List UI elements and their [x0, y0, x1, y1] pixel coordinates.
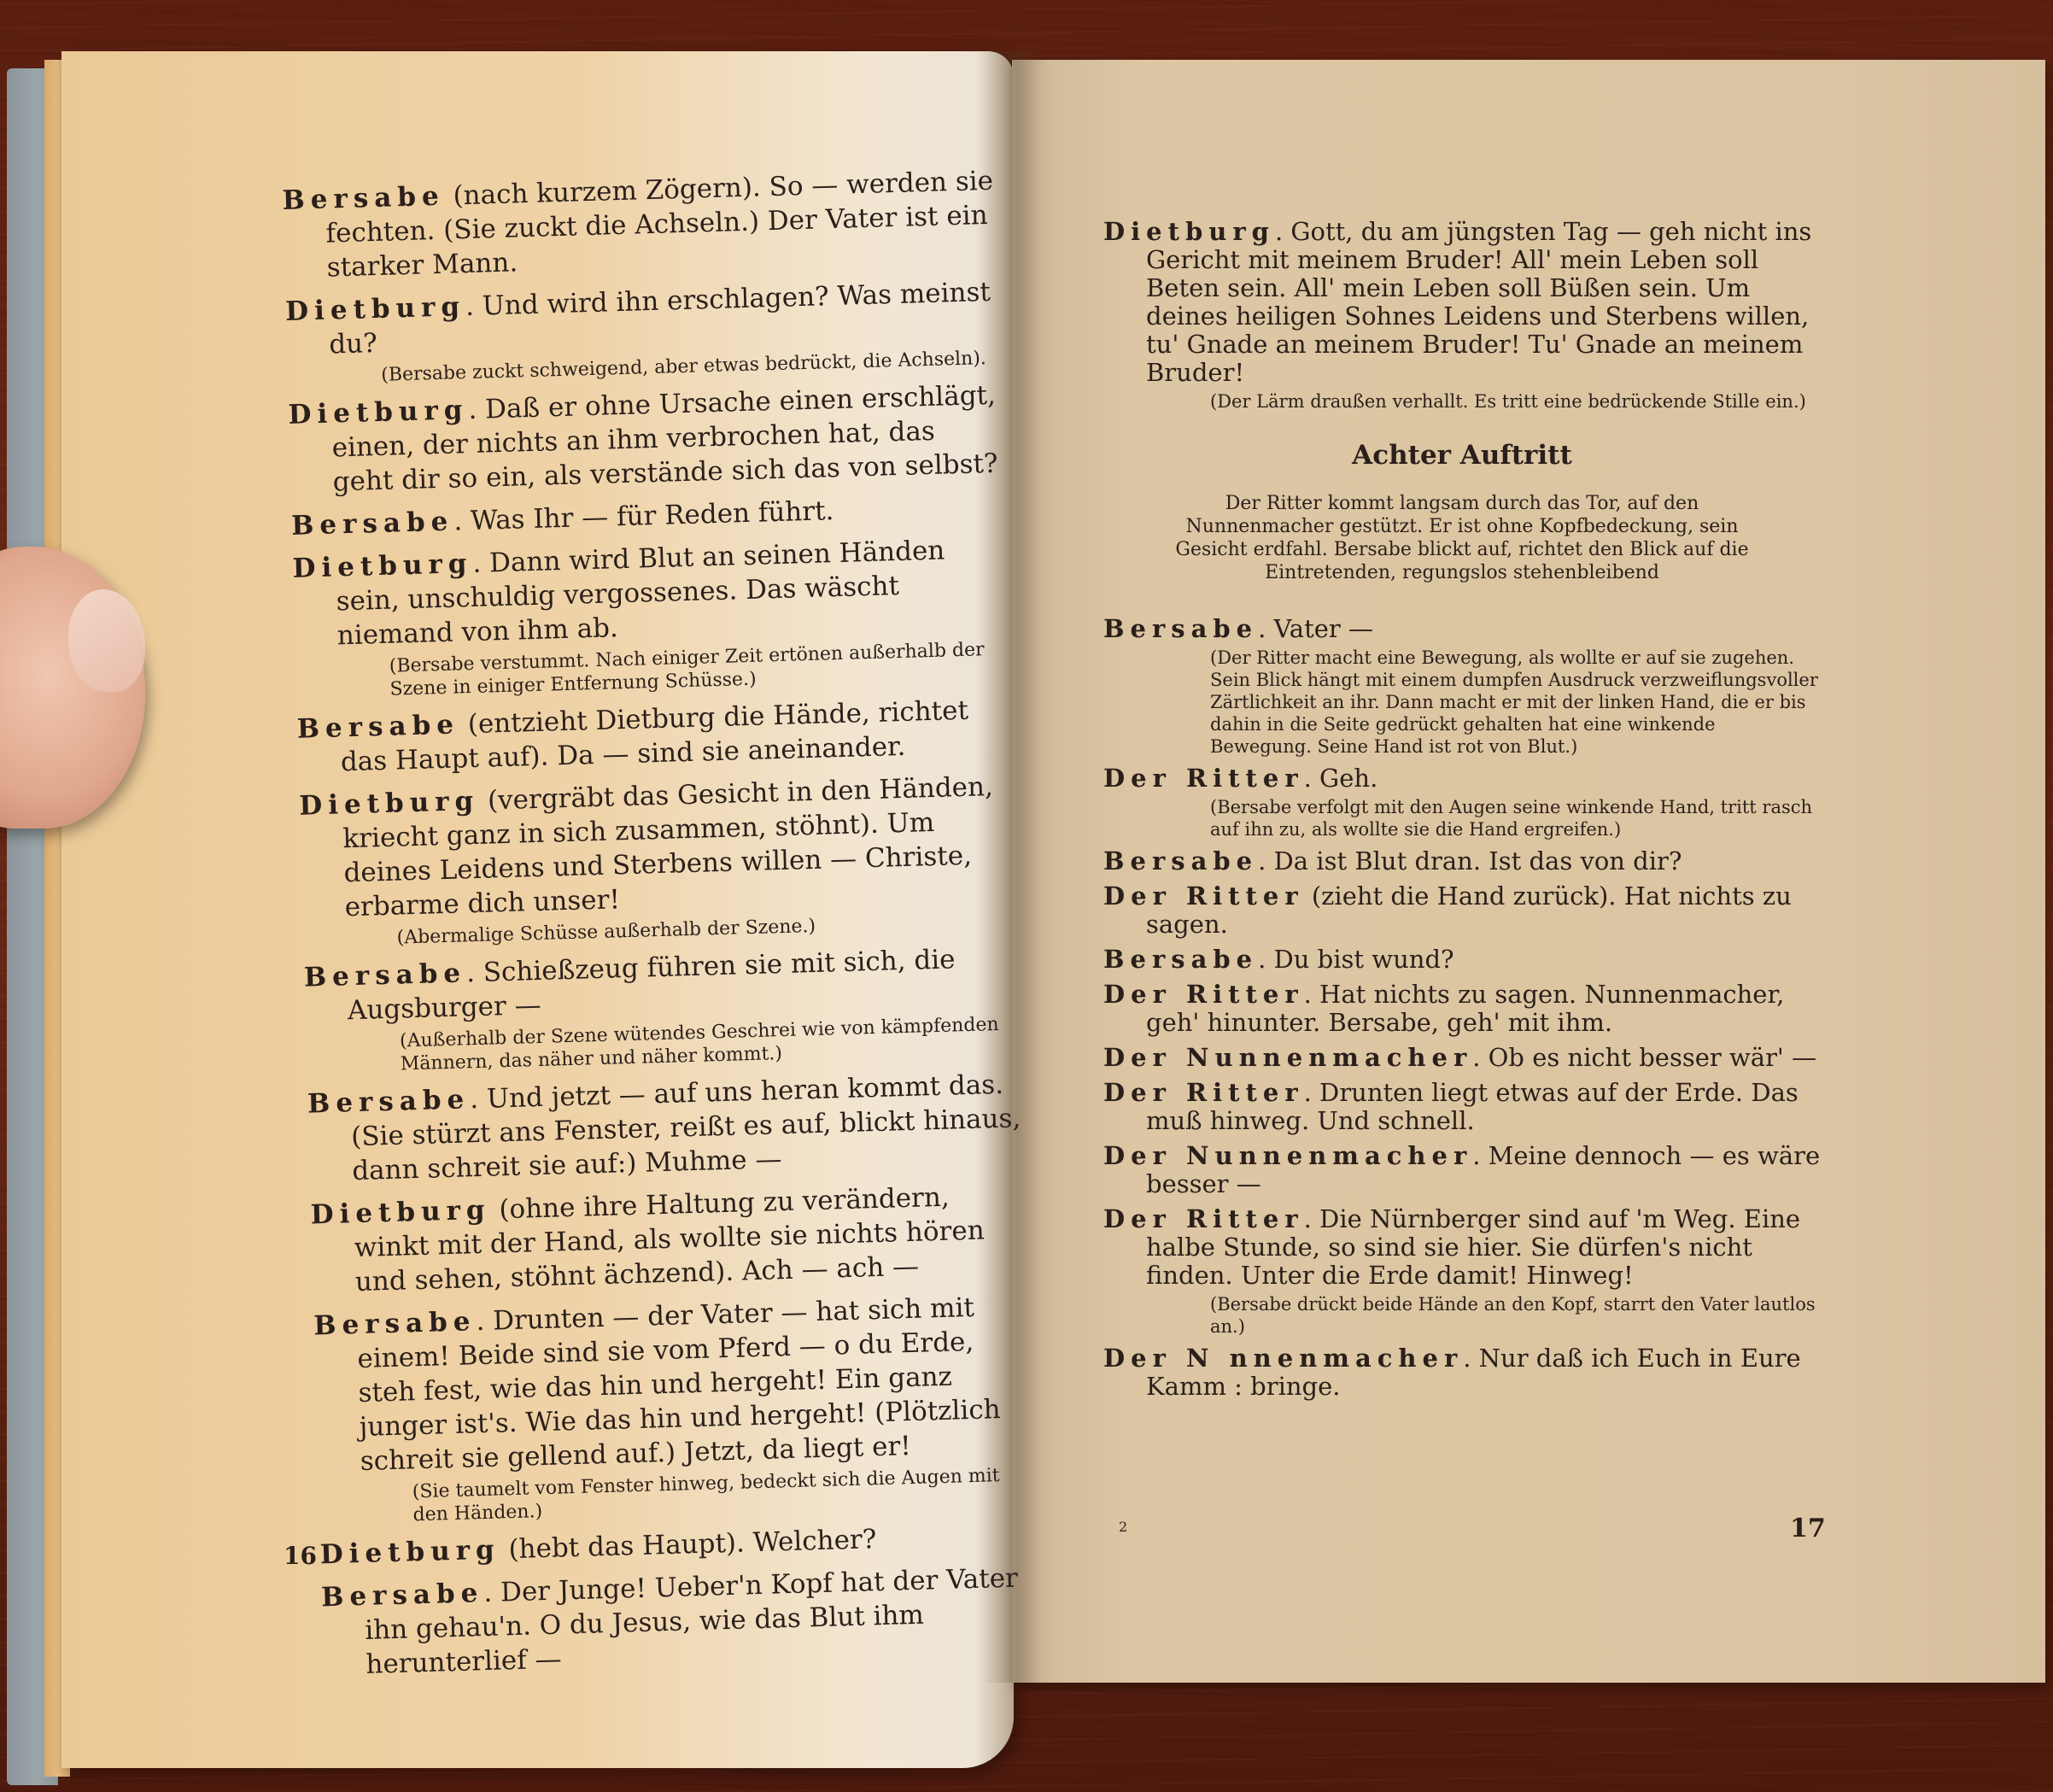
- speech-text: . Du bist wund?: [1258, 945, 1453, 974]
- speech-block: Bersabe (entzieht Dietburg die Hände, ri…: [296, 692, 1011, 780]
- speech-text: . Vater —: [1258, 614, 1373, 643]
- speech-block: Bersabe. Drunten — der Vater — hat sich …: [313, 1289, 1032, 1529]
- speech-text: . Was Ihr — für Reden führt.: [453, 495, 834, 536]
- stage-direction: (Der Ritter macht eine Bewegung, als wol…: [1146, 647, 1821, 758]
- speaker-name: Bersabe: [291, 507, 454, 542]
- speech-block: Der Ritter. Geh.(Bersabe verfolgt mit de…: [1103, 764, 1821, 840]
- right-page-text: Dietburg. Gott, du am jüngsten Tag — geh…: [1103, 218, 1821, 1408]
- speech-block: Dietburg. Gott, du am jüngsten Tag — geh…: [1103, 218, 1821, 413]
- signature-mark: 2: [1119, 1519, 1127, 1535]
- speech-block: Der N nnenmacher. Nur daß ich Euch in Eu…: [1103, 1344, 1821, 1401]
- speech-block: Der Ritter. Die Nürnberger sind auf 'm W…: [1103, 1205, 1821, 1338]
- speech-block: Der Ritter (zieht die Hand zurück). Hat …: [1103, 882, 1821, 939]
- speaker-name: Dietburg: [292, 548, 473, 584]
- speaker-name: Der N nnenmacher: [1103, 1344, 1463, 1373]
- speech-block: Bersabe. Du bist wund?: [1103, 946, 1821, 974]
- left-page-text: Bersabe (nach kurzem Zögern). So — werde…: [282, 164, 1037, 1692]
- speaker-name: Dietburg: [288, 395, 469, 430]
- speech-text: . Geh.: [1304, 764, 1378, 793]
- speech-block: Der Ritter. Hat nichts zu sagen. Nunnenm…: [1103, 981, 1821, 1037]
- speaker-name: Bersabe: [282, 181, 445, 216]
- speaker-name: Dietburg: [1103, 217, 1275, 246]
- speaker-name: Der Ritter: [1103, 980, 1304, 1009]
- speech-text: . Da ist Blut dran. Ist das von dir?: [1258, 846, 1682, 876]
- speaker-name: Bersabe: [1103, 846, 1258, 876]
- speech-block: Bersabe. Und jetzt — auf uns heran kommt…: [307, 1067, 1023, 1189]
- scene-description: Der Ritter kommt langsam durch das Tor, …: [1155, 492, 1769, 584]
- speaker-name: Bersabe: [307, 1084, 471, 1119]
- speech-text: . Ob es nicht besser wär' —: [1472, 1043, 1816, 1072]
- speech-text: (hebt das Haupt). Welcher?: [500, 1524, 877, 1565]
- stage-direction: (Bersabe verfolgt mit den Augen seine wi…: [1146, 796, 1821, 840]
- speech-block: Bersabe. Vater —(Der Ritter macht eine B…: [1103, 615, 1821, 758]
- speaker-name: Der Nunnenmacher: [1103, 1141, 1472, 1170]
- speech-block: Dietburg. Daß er ohne Ursache einen ersc…: [288, 378, 1003, 501]
- speech-block: Dietburg. Dann wird Blut an seinen Hände…: [292, 532, 1009, 704]
- speaker-name: Bersabe: [1103, 945, 1258, 974]
- scene-heading: Achter Auftritt: [1103, 442, 1821, 470]
- speaker-name: Dietburg: [299, 786, 480, 822]
- speaker-name: Bersabe: [313, 1306, 477, 1341]
- speech-block: Der Nunnenmacher. Ob es nicht besser wär…: [1103, 1044, 1821, 1072]
- speech-block: Bersabe. Da ist Blut dran. Ist das von d…: [1103, 847, 1821, 876]
- stage-direction: (Bersabe drückt beide Hände an den Kopf,…: [1146, 1293, 1821, 1338]
- speech-block: Bersabe. Schießzeug führen sie mit sich,…: [303, 940, 1020, 1078]
- page-number-left: 16: [284, 1542, 317, 1570]
- speech-block: Dietburg (vergräbt das Gesicht in den Hä…: [299, 769, 1016, 952]
- speech-block: Bersabe. Der Junge! Ueber'n Kopf hat der…: [321, 1561, 1037, 1683]
- speaker-name: Der Ritter: [1103, 881, 1304, 911]
- page-number-right: 17: [1790, 1514, 1826, 1543]
- speaker-name: Bersabe: [296, 709, 459, 744]
- speech-block: Dietburg (ohne ihre Haltung zu verändern…: [310, 1178, 1026, 1300]
- speech-block: Der Nunnenmacher. Meine dennoch — es wär…: [1103, 1142, 1821, 1198]
- speech-block: Bersabe (nach kurzem Zögern). So — werde…: [282, 164, 997, 286]
- speaker-name: Bersabe: [321, 1578, 484, 1613]
- speaker-name: Bersabe: [303, 957, 466, 993]
- speech-block: Dietburg. Und wird ihn erschlagen? Was m…: [285, 275, 1001, 389]
- speaker-name: Der Ritter: [1103, 1204, 1304, 1233]
- speaker-name: Dietburg: [285, 291, 466, 327]
- speaker-name: Dietburg: [310, 1195, 491, 1231]
- speaker-name: Bersabe: [1103, 614, 1258, 643]
- speaker-name: Dietburg: [319, 1534, 500, 1570]
- stage-direction: (Der Lärm draußen verhallt. Es tritt ein…: [1146, 390, 1821, 413]
- speaker-name: Der Nunnenmacher: [1103, 1043, 1472, 1072]
- speech-block: Der Ritter. Drunten liegt etwas auf der …: [1103, 1079, 1821, 1135]
- speaker-name: Der Ritter: [1103, 1078, 1304, 1107]
- speaker-name: Der Ritter: [1103, 764, 1304, 793]
